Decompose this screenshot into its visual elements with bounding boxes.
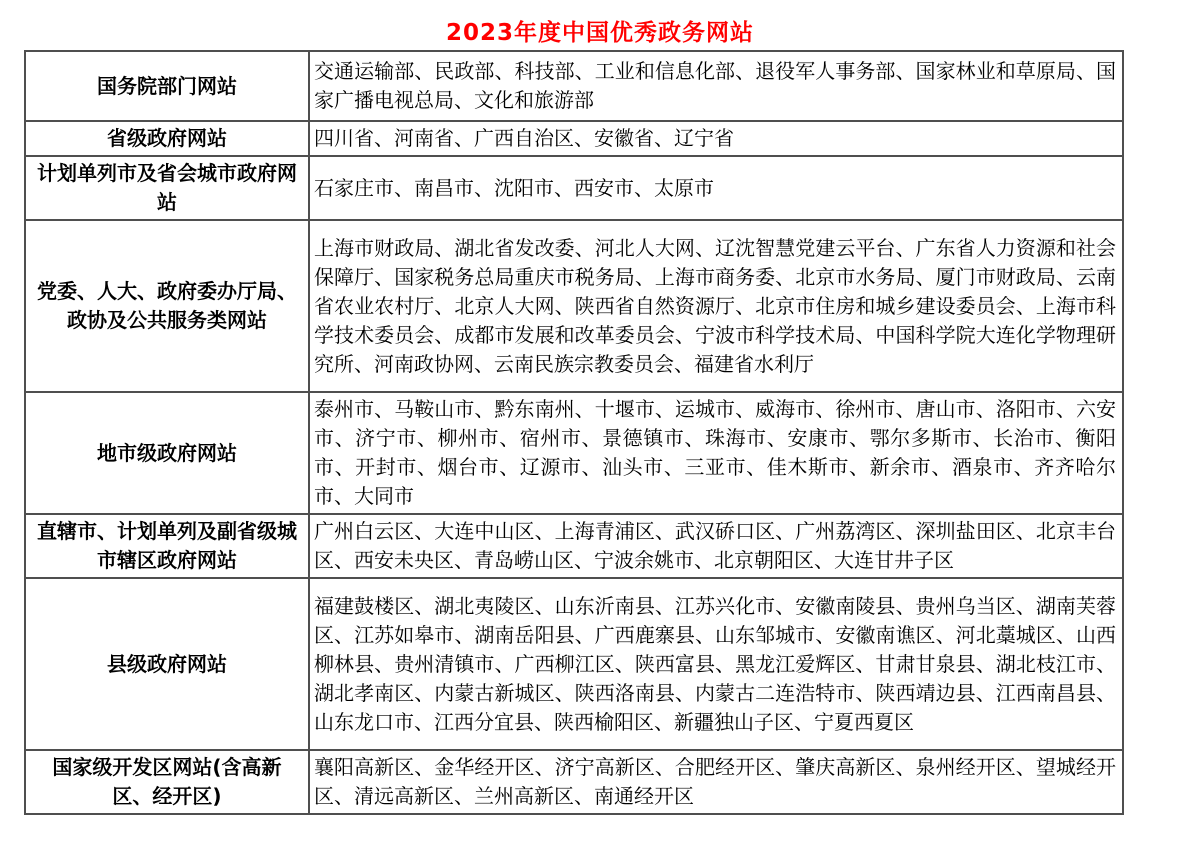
table-row: 地市级政府网站泰州市、马鞍山市、黔东南州、十堰市、运城市、威海市、徐州市、唐山市… — [25, 392, 1123, 514]
category-cell: 直辖市、计划单列及副省级城市辖区政府网站 — [25, 514, 309, 578]
category-cell: 县级政府网站 — [25, 578, 309, 750]
table-row: 县级政府网站福建鼓楼区、湖北夷陵区、山东沂南县、江苏兴化市、安徽南陵县、贵州乌当… — [25, 578, 1123, 750]
table-row: 直辖市、计划单列及副省级城市辖区政府网站广州白云区、大连中山区、上海青浦区、武汉… — [25, 514, 1123, 578]
category-cell: 国家级开发区网站(含高新区、经开区) — [25, 750, 309, 814]
sites-cell: 广州白云区、大连中山区、上海青浦区、武汉硚口区、广州荔湾区、深圳盐田区、北京丰台… — [309, 514, 1123, 578]
table-row: 国家级开发区网站(含高新区、经开区)襄阳高新区、金华经开区、济宁高新区、合肥经开… — [25, 750, 1123, 814]
category-cell: 省级政府网站 — [25, 121, 309, 156]
table-row: 党委、人大、政府委办厅局、政协及公共服务类网站上海市财政局、湖北省发改委、河北人… — [25, 220, 1123, 392]
awards-table-body: 国务院部门网站交通运输部、民政部、科技部、工业和信息化部、退役军人事务部、国家林… — [25, 51, 1123, 814]
category-cell: 计划单列市及省会城市政府网站 — [25, 156, 309, 220]
category-cell: 党委、人大、政府委办厅局、政协及公共服务类网站 — [25, 220, 309, 392]
document-page: 2023年度中国优秀政务网站 国务院部门网站交通运输部、民政部、科技部、工业和信… — [0, 0, 1200, 842]
page-title: 2023年度中国优秀政务网站 — [0, 0, 1200, 50]
awards-table: 国务院部门网站交通运输部、民政部、科技部、工业和信息化部、退役军人事务部、国家林… — [24, 50, 1124, 815]
table-row: 计划单列市及省会城市政府网站石家庄市、南昌市、沈阳市、西安市、太原市 — [25, 156, 1123, 220]
category-cell: 国务院部门网站 — [25, 51, 309, 121]
table-row: 省级政府网站四川省、河南省、广西自治区、安徽省、辽宁省 — [25, 121, 1123, 156]
category-cell: 地市级政府网站 — [25, 392, 309, 514]
sites-cell: 石家庄市、南昌市、沈阳市、西安市、太原市 — [309, 156, 1123, 220]
table-row: 国务院部门网站交通运输部、民政部、科技部、工业和信息化部、退役军人事务部、国家林… — [25, 51, 1123, 121]
sites-cell: 交通运输部、民政部、科技部、工业和信息化部、退役军人事务部、国家林业和草原局、国… — [309, 51, 1123, 121]
sites-cell: 泰州市、马鞍山市、黔东南州、十堰市、运城市、威海市、徐州市、唐山市、洛阳市、六安… — [309, 392, 1123, 514]
sites-cell: 襄阳高新区、金华经开区、济宁高新区、合肥经开区、肇庆高新区、泉州经开区、望城经开… — [309, 750, 1123, 814]
sites-cell: 福建鼓楼区、湖北夷陵区、山东沂南县、江苏兴化市、安徽南陵县、贵州乌当区、湖南芙蓉… — [309, 578, 1123, 750]
sites-cell: 上海市财政局、湖北省发改委、河北人大网、辽沈智慧党建云平台、广东省人力资源和社会… — [309, 220, 1123, 392]
sites-cell: 四川省、河南省、广西自治区、安徽省、辽宁省 — [309, 121, 1123, 156]
